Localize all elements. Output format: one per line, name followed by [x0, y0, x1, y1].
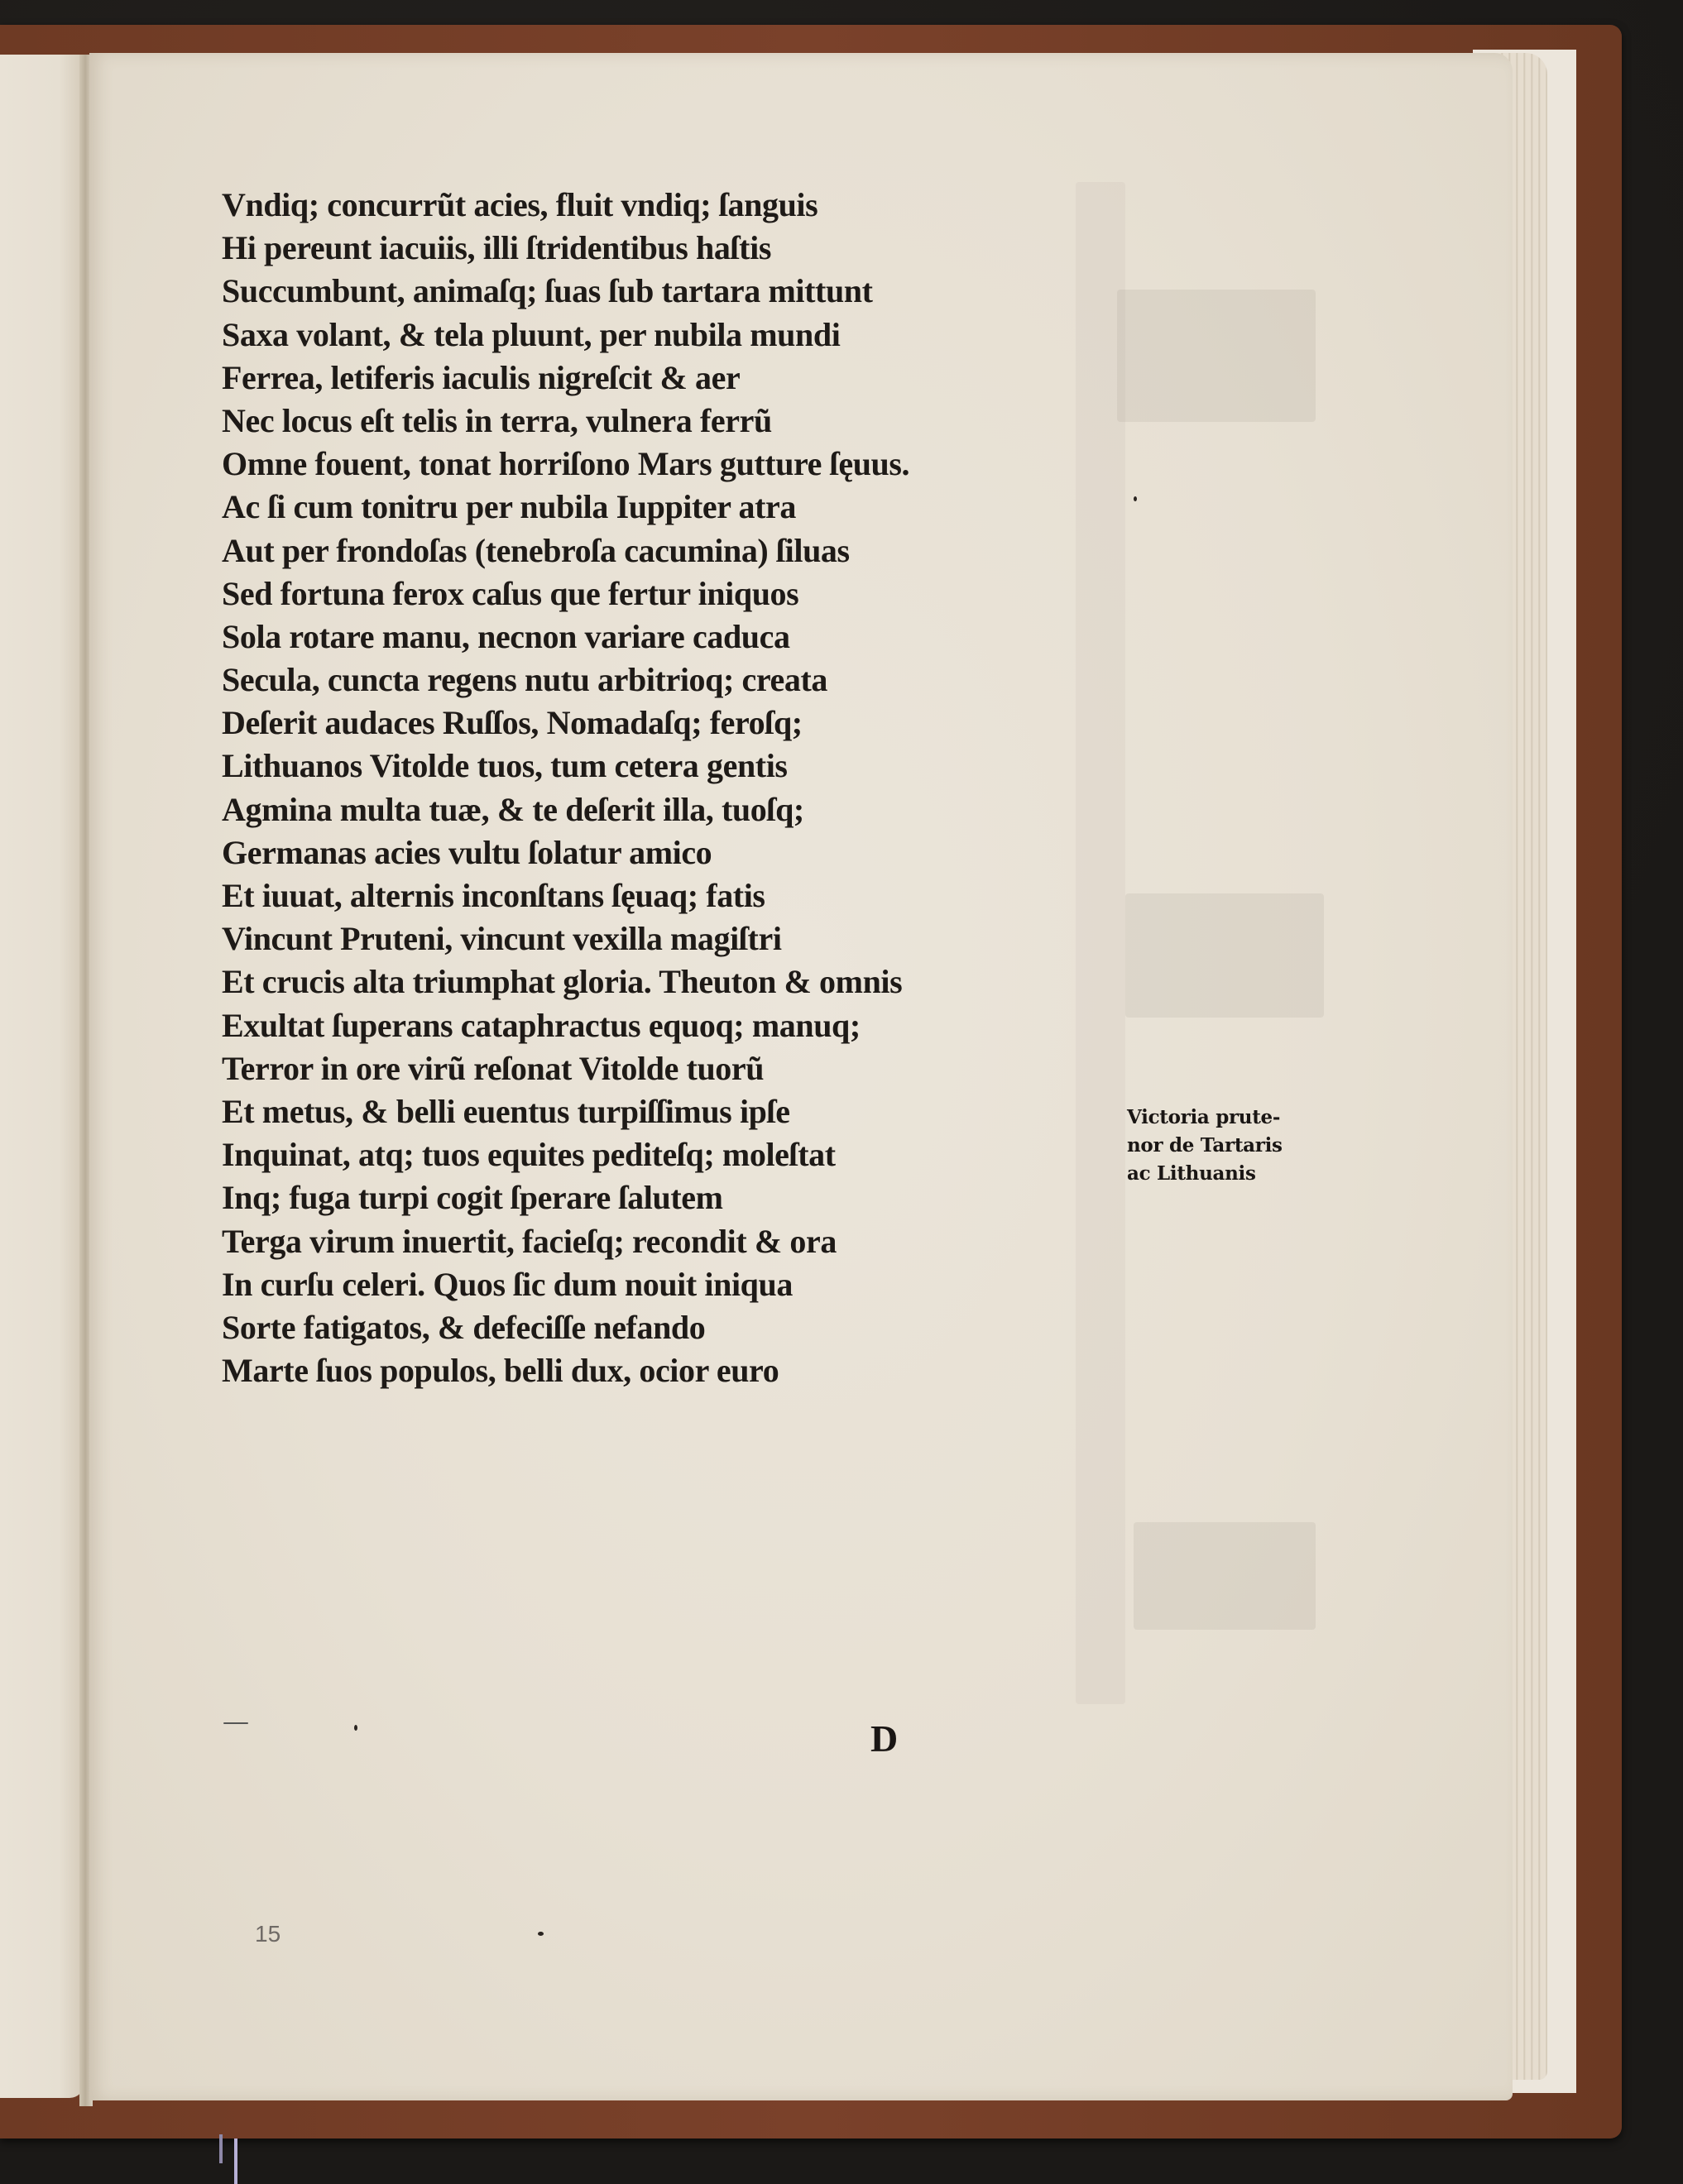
- bookmark-ribbon: [234, 2138, 237, 2184]
- showthrough-marginal-3: [1134, 1522, 1316, 1630]
- showthrough-marginal-1: [1117, 290, 1316, 422]
- verse-line: Saxa volant, & tela pluunt, per nubila m…: [222, 314, 1115, 357]
- verse-line: Et metus, & belli euentus turpiſſimus ip…: [222, 1090, 1115, 1133]
- verse-line: Terror in ore virũ reſonat Vitolde tuorũ: [222, 1047, 1115, 1090]
- verse-line: Ferrea, letiferis iaculis nigreſcit & ae…: [222, 357, 1115, 400]
- verse-line: Secula, cuncta regens nutu arbitrioq; cr…: [222, 659, 1115, 702]
- marginal-gloss: Victoria prute- nor de Tartaris ac Lithu…: [1127, 1104, 1359, 1188]
- verse-line: Hi pereunt iacuiis, illi ſtridentibus ha…: [222, 227, 1115, 270]
- ink-speck: [1134, 496, 1137, 501]
- bookmark-ribbon: [219, 2134, 223, 2163]
- verse-line: Exultat ſuperans cataphractus equoq; man…: [222, 1004, 1115, 1047]
- marginal-gloss-line: nor de Tartaris: [1127, 1132, 1359, 1160]
- verse-line: Germanas acies vultu ſolatur amico: [222, 831, 1115, 874]
- pencil-folio-number: 15: [255, 1921, 280, 1947]
- verse-line: Nec locus eſt telis in terra, vulnera fe…: [222, 400, 1115, 443]
- marginal-gloss-line: Victoria prute-: [1127, 1104, 1359, 1132]
- verse-line: In curſu celeri. Quos ſic dum nouit iniq…: [222, 1263, 1115, 1306]
- verse-line: Inq; fuga turpi cogit ſperare ſalutem: [222, 1176, 1115, 1219]
- ink-speck: [538, 1932, 544, 1936]
- verse-line: Lithuanos Vitolde tuos, tum cetera genti…: [222, 745, 1115, 788]
- verse-line: Agmina multa tuæ, & te deſerit illa, tuo…: [222, 788, 1115, 831]
- verse-line: Et iuuat, alternis inconſtans ſęuaq; fat…: [222, 874, 1115, 917]
- verse-line: Succumbunt, animaſq; ſuas ſub tartara mi…: [222, 270, 1115, 313]
- marginal-gloss-line: ac Lithuanis: [1127, 1160, 1359, 1188]
- verse-line: Marte ſuos populos, belli dux, ocior eur…: [222, 1349, 1115, 1392]
- verse-line: Sed fortuna ferox caſus que fertur iniqu…: [222, 572, 1115, 615]
- verse-line: Omne fouent, tonat horriſono Mars guttur…: [222, 443, 1115, 486]
- verse-line: Aut per frondoſas (tenebroſa cacumina) ſ…: [222, 529, 1115, 572]
- ink-speck: [354, 1725, 357, 1731]
- verse-line: Deſerit audaces Ruſſos, Nomadaſq; feroſq…: [222, 702, 1115, 745]
- showthrough-marginal-2: [1125, 893, 1324, 1018]
- verse-line: Terga virum inuertit, facieſq; recondit …: [222, 1220, 1115, 1263]
- verse-line: Sola rotare manu, necnon variare caduca: [222, 615, 1115, 659]
- left-page-verso: [0, 55, 84, 2098]
- underline-mark: [223, 1722, 248, 1724]
- verse-line: Vincunt Pruteni, vincunt vexilla magiſtr…: [222, 917, 1115, 960]
- verse-line: Inquinat, atq; tuos equites pediteſq; mo…: [222, 1133, 1115, 1176]
- verse-line: Ac ſi cum tonitru per nubila Iuppiter at…: [222, 486, 1115, 529]
- verse-line: Et crucis alta triumphat gloria. Theuton…: [222, 960, 1115, 1003]
- verse-line: Sorte fatigatos, & defeciſſe nefando: [222, 1306, 1115, 1349]
- signature-mark: D: [870, 1717, 898, 1760]
- verse-line: Vndiq; concurrũt acies, fluit vndiq; ſan…: [222, 184, 1115, 227]
- verse-text-block: Vndiq; concurrũt acies, fluit vndiq; ſan…: [222, 184, 1115, 1392]
